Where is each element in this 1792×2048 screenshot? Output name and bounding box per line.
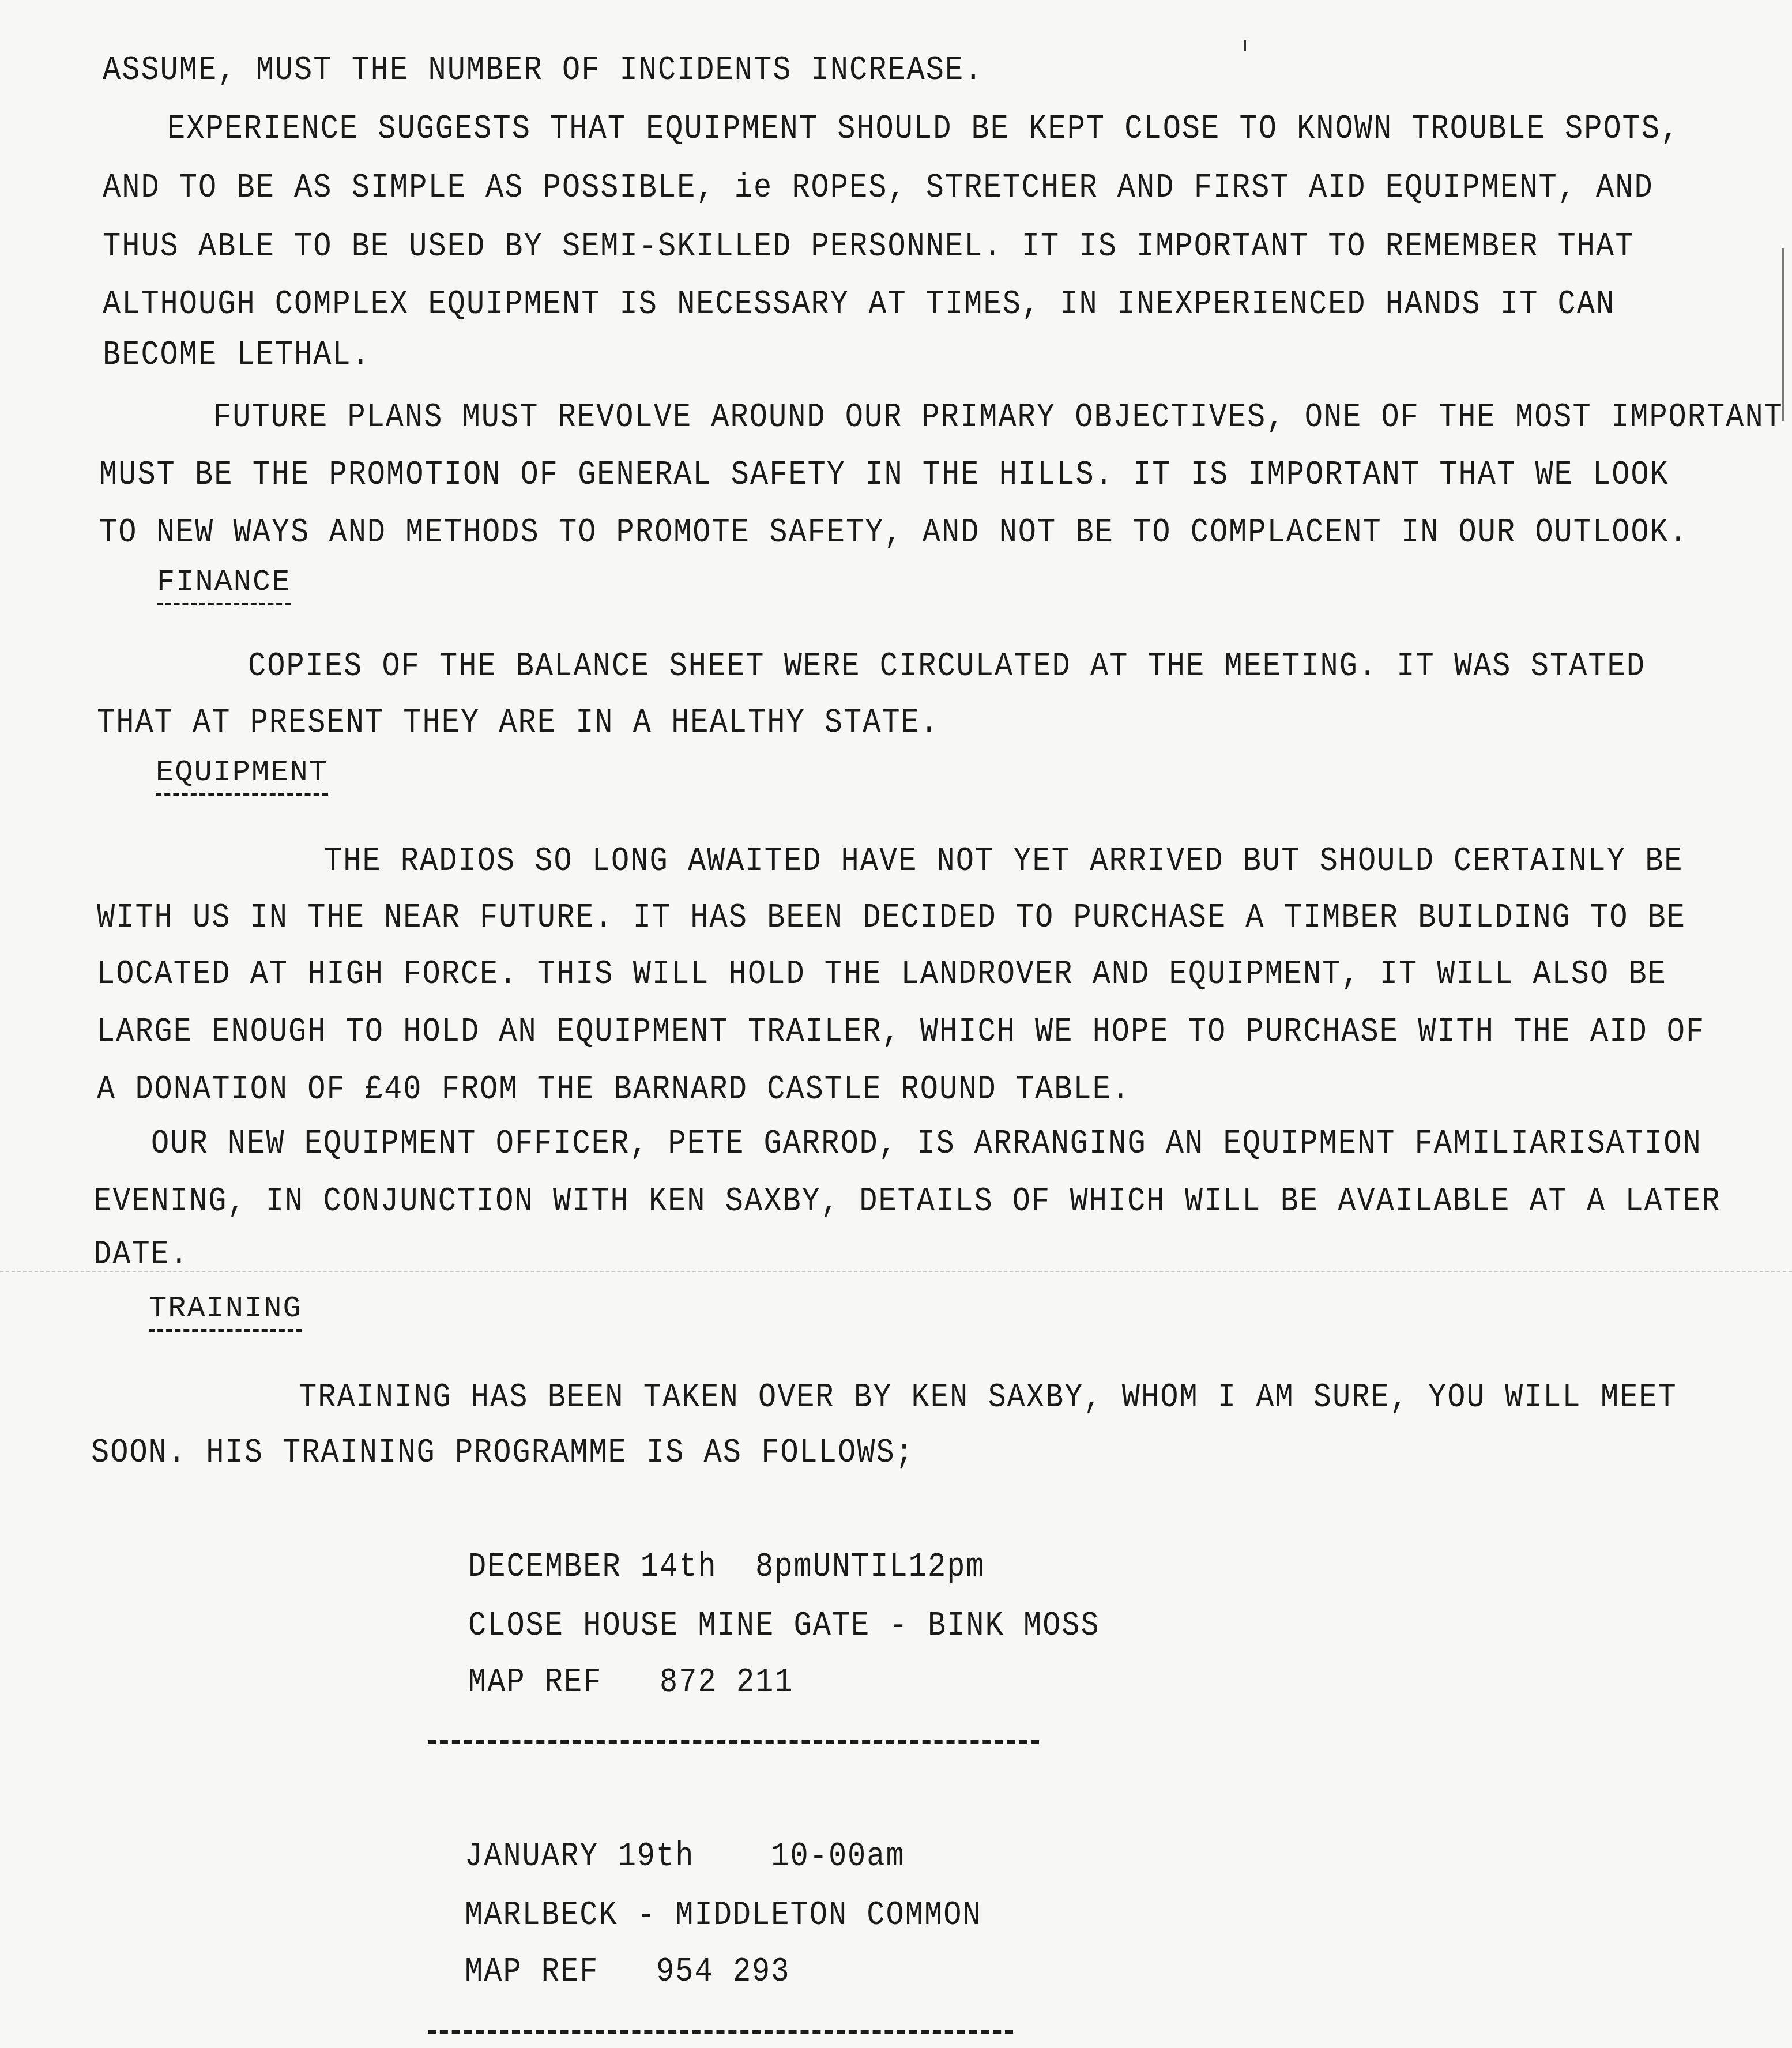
equipment-line-3: LOCATED AT HIGH FORCE. THIS WILL HOLD TH… [97, 955, 1667, 994]
event-1-date: DECEMBER 14th [468, 1548, 717, 1587]
training-heading: TRAINING [149, 1292, 302, 1332]
fold-line [0, 1271, 1792, 1272]
event-1-divider [428, 1740, 1039, 1744]
equipment-line-2: WITH US IN THE NEAR FUTURE. IT HAS BEEN … [97, 898, 1686, 938]
event-2-map-ref: MAP REF 954 293 [465, 1952, 790, 1991]
event-1-time: 8pmUNTIL12pm [755, 1548, 985, 1587]
equipment-line-1: THE RADIOS SO LONG AWAITED HAVE NOT YET … [324, 842, 1684, 881]
event-2-time: 10-00am [771, 1837, 905, 1876]
finance-line-1: COPIES OF THE BALANCE SHEET WERE CIRCULA… [248, 647, 1646, 686]
event-2-map-ref-value: 954 293 [656, 1952, 790, 1991]
equipment-line-5: A DONATION OF £40 FROM THE BARNARD CASTL… [97, 1070, 1131, 1109]
event-1-map-ref-label: MAP REF [468, 1663, 602, 1702]
stray-mark [1244, 40, 1246, 51]
intro-line-6: BECOME LETHAL. [103, 336, 371, 375]
event-1-map-ref-value: 872 211 [660, 1663, 793, 1702]
equipment-line-6: OUR NEW EQUIPMENT OFFICER, PETE GARROD, … [151, 1124, 1702, 1164]
finance-heading: FINANCE [157, 565, 291, 605]
event-1-date-time: DECEMBER 14th 8pmUNTIL12pm [468, 1548, 985, 1587]
intro-line-7: FUTURE PLANS MUST REVOLVE AROUND OUR PRI… [213, 398, 1783, 437]
intro-line-2: EXPERIENCE SUGGESTS THAT EQUIPMENT SHOUL… [167, 110, 1680, 149]
event-2-divider [428, 2030, 1013, 2034]
intro-line-5: ALTHOUGH COMPLEX EQUIPMENT IS NECESSARY … [103, 285, 1615, 324]
event-2-date: JANUARY 19th [465, 1837, 694, 1876]
equipment-line-8: DATE. [93, 1235, 189, 1274]
intro-line-1: ASSUME, MUST THE NUMBER OF INCIDENTS INC… [103, 51, 983, 90]
event-2-location: MARLBECK - MIDDLETON COMMON [465, 1896, 982, 1935]
event-2-map-ref-label: MAP REF [465, 1952, 598, 1991]
equipment-line-4: LARGE ENOUGH TO HOLD AN EQUIPMENT TRAILE… [97, 1012, 1705, 1052]
intro-line-9: TO NEW WAYS AND METHODS TO PROMOTE SAFET… [99, 513, 1688, 552]
intro-line-8: MUST BE THE PROMOTION OF GENERAL SAFETY … [99, 455, 1669, 495]
event-2-date-time: JANUARY 19th 10-00am [465, 1837, 905, 1876]
intro-line-3: AND TO BE AS SIMPLE AS POSSIBLE, ie ROPE… [103, 168, 1654, 208]
finance-line-2: THAT AT PRESENT THEY ARE IN A HEALTHY ST… [97, 703, 939, 743]
event-1-map-ref: MAP REF 872 211 [468, 1663, 794, 1702]
equipment-heading: EQUIPMENT [156, 755, 328, 796]
training-line-1: TRAINING HAS BEEN TAKEN OVER BY KEN SAXB… [299, 1378, 1677, 1417]
typed-document-page: ASSUME, MUST THE NUMBER OF INCIDENTS INC… [0, 0, 1792, 2048]
intro-line-4: THUS ABLE TO BE USED BY SEMI-SKILLED PER… [103, 227, 1634, 266]
event-1-location: CLOSE HOUSE MINE GATE - BINK MOSS [468, 1606, 1100, 1646]
page-edge-shadow [1782, 248, 1784, 421]
training-line-2: SOON. HIS TRAINING PROGRAMME IS AS FOLLO… [91, 1433, 914, 1473]
equipment-line-7: EVENING, IN CONJUNCTION WITH KEN SAXBY, … [93, 1182, 1721, 1221]
